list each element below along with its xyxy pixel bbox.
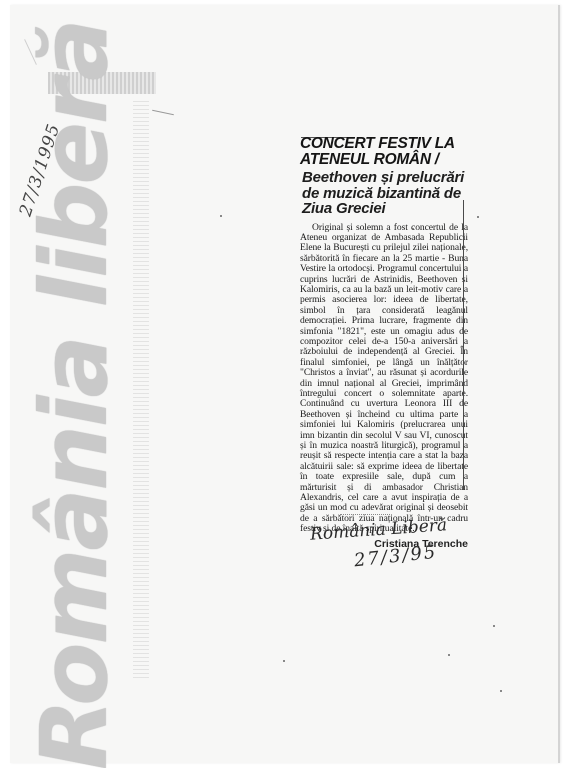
scan-speck (500, 690, 502, 692)
separator-rule (340, 514, 390, 516)
scan-speck (477, 216, 479, 218)
scan-speck (388, 196, 390, 198)
article-headline: Concert festiv la Ateneul Român / (300, 136, 468, 168)
scan-speck (493, 625, 495, 627)
column-rule (463, 200, 464, 490)
masthead-fine-print (133, 98, 149, 678)
article-subheadline: Beethoven și prelucrări de muzică bizant… (302, 170, 468, 217)
scan-speck (448, 654, 450, 656)
scan-speck (412, 228, 414, 230)
article-body: Original și solemn a fost concertul de l… (300, 223, 468, 535)
newspaper-masthead: România liberă (15, 150, 135, 768)
scan-speck (283, 660, 285, 662)
article-clipping: Concert festiv la Ateneul Român / Beetho… (300, 132, 468, 550)
scan-speck (220, 215, 222, 217)
